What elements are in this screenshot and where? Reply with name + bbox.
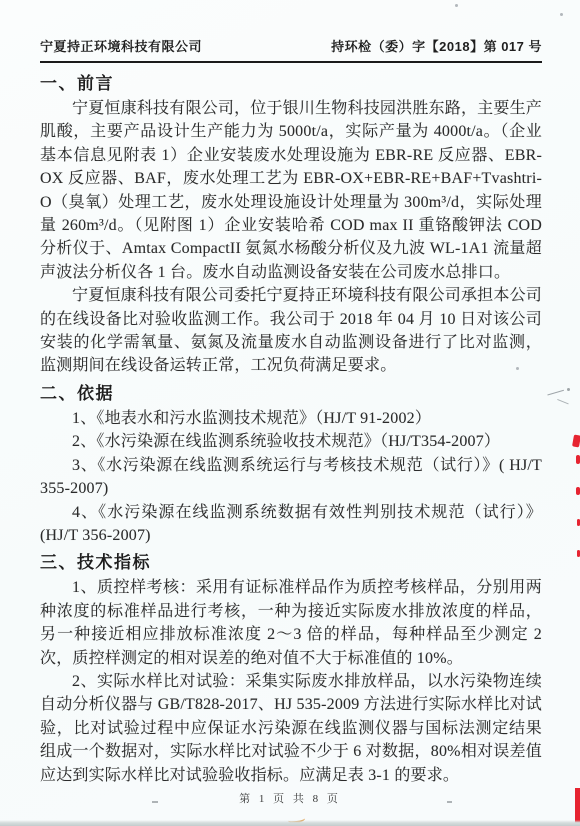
basis-item-1: 1、《地表水和污水监测技术规范》（HJ/T 91-2002） [40, 407, 542, 430]
red-book-edge-mark [576, 455, 580, 464]
basis-item-3: 3、《水污染源在线监测系统运行与考核技术规范（试行）》( HJ/T 355-20… [40, 454, 542, 501]
page-number-label: 第 1 页 共 8 页 [239, 793, 341, 805]
orange-ink-mark [288, 815, 306, 824]
pencil-smudge-mark [555, 399, 568, 409]
basis-item-2: 2、《水污染源在线监测系统验收技术规范》（HJ/T354-2007） [40, 430, 542, 453]
technical-paragraph-1: 1、质控样考核：采用有证标准样品作为质控考核样品，分别用两种浓度的标准样品进行考… [40, 576, 542, 670]
header-doc-number: 持环检（委）字【2018】第 017 号 [331, 36, 542, 55]
basis-item-4: 4、《水污染源在线监测系统数据有效性判别技术规范（试行）》 (HJ/T 356-… [40, 501, 542, 548]
scan-bottom-edge-shadow [0, 820, 580, 826]
red-book-edge-mark [576, 487, 580, 495]
section-heading-foreword: 一、前言 [40, 72, 542, 95]
section-heading-basis: 二、依据 [40, 382, 542, 405]
pencil-dot-mark [567, 388, 570, 391]
scan-speck [560, 13, 563, 16]
foreword-paragraph-2: 宁夏恒康科技有限公司委托宁夏持正环境科技有限公司承担本公司的在线设备比对验收监测… [40, 284, 542, 378]
scan-speck [455, 4, 458, 7]
scanned-document-page: 宁夏持正环境科技有限公司 持环检（委）字【2018】第 017 号 一、前言 宁… [0, 0, 580, 826]
section-heading-technical-indicators: 三、技术指标 [40, 551, 542, 574]
document-header: 宁夏持正环境科技有限公司 持环检（委）字【2018】第 017 号 [40, 36, 542, 63]
technical-paragraph-2: 2、实际水样比对试验：采集实际废水排放样品，以水污染物连续自动分析仪器与 GB/… [40, 670, 542, 787]
foreword-paragraph-1: 宁夏恒康科技有限公司，位于银川生物科技园洪胜东路，主要生产肌酸，主要产品设计生产… [40, 97, 542, 284]
page-number-footer: 第 1 页 共 8 页 [0, 790, 580, 806]
header-company-name: 宁夏持正环境科技有限公司 [40, 36, 202, 55]
document-content: 宁夏持正环境科技有限公司 持环检（委）字【2018】第 017 号 一、前言 宁… [40, 36, 542, 787]
pencil-smudge-mark [547, 390, 565, 401]
red-book-edge-mark [572, 434, 580, 447]
